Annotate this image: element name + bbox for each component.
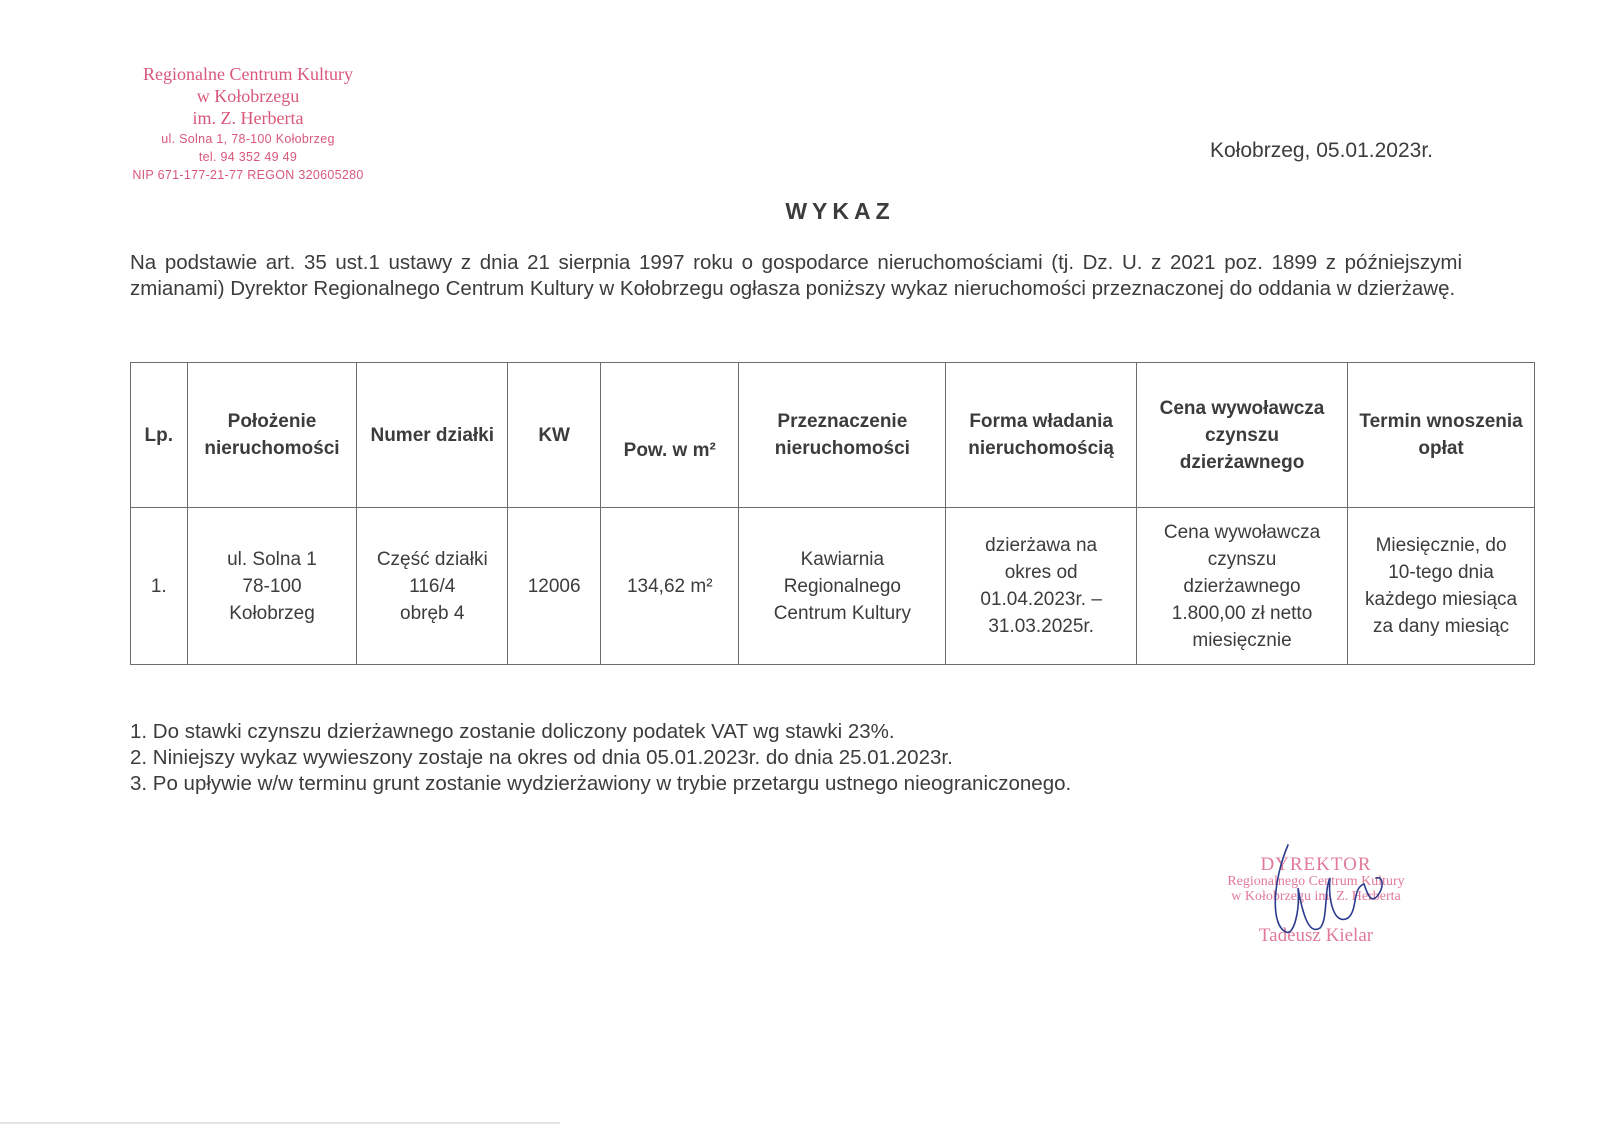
header-purpose: Przeznaczenie nieruchomości [739, 363, 946, 508]
table-header-row: Lp. Położenie nieruchomości Numer działk… [131, 363, 1535, 508]
cell-purpose: KawiarniaRegionalnegoCentrum Kultury [739, 508, 946, 665]
header-tenure: Forma władania nieruchomością [946, 363, 1137, 508]
intro-paragraph: Na podstawie art. 35 ust.1 ustawy z dnia… [130, 250, 1462, 302]
stamp-phone: tel. 94 352 49 49 [108, 148, 388, 166]
stamp-address: ul. Solna 1, 78-100 Kołobrzeg [108, 130, 388, 148]
header-payment: Termin wnoszenia opłat [1348, 363, 1535, 508]
note-item: 1. Do stawki czynszu dzierżawnego zostan… [130, 719, 1071, 745]
stamp-ids: NIP 671-177-21-77 REGON 320605280 [108, 166, 388, 184]
note-item: 3. Po upływie w/w terminu grunt zostanie… [130, 771, 1071, 797]
cell-lp: 1. [131, 508, 188, 665]
header-kw: KW [508, 363, 601, 508]
institution-stamp: Regionalne Centrum Kultury w Kołobrzegu … [108, 64, 388, 184]
stamp-line-1: Regionalne Centrum Kultury [108, 64, 388, 86]
cell-payment: Miesięcznie, do10-tego dniakażdego miesi… [1348, 508, 1535, 665]
scan-edge-line [0, 1122, 560, 1124]
header-plot: Numer działki [357, 363, 508, 508]
place-date: Kołobrzeg, 05.01.2023r. [1210, 139, 1433, 163]
notes-list: 1. Do stawki czynszu dzierżawnego zostan… [130, 719, 1071, 797]
header-lp: Lp. [131, 363, 188, 508]
property-table: Lp. Położenie nieruchomości Numer działk… [130, 362, 1535, 665]
cell-area: 134,62 m² [601, 508, 739, 665]
stamp-line-3: im. Z. Herberta [108, 108, 388, 130]
cell-location: ul. Solna 178-100Kołobrzeg [187, 508, 357, 665]
document-title: WYKAZ [0, 198, 1600, 225]
stamp-line-2: w Kołobrzegu [108, 86, 388, 108]
cell-kw: 12006 [508, 508, 601, 665]
header-location: Położenie nieruchomości [187, 363, 357, 508]
note-item: 2. Niniejszy wykaz wywieszony zostaje na… [130, 745, 1071, 771]
cell-plot: Część działki116/4obręb 4 [357, 508, 508, 665]
header-price: Cena wywoławcza czynszu dzierżawnego [1136, 363, 1347, 508]
table-row: 1. ul. Solna 178-100Kołobrzeg Część dzia… [131, 508, 1535, 665]
cell-price: Cena wywoławczaczynszudzierżawnego1.800,… [1136, 508, 1347, 665]
header-area: Pow. w m² [601, 363, 739, 508]
handwritten-signature-icon [1268, 840, 1418, 950]
cell-tenure: dzierżawa naokres od01.04.2023r. –31.03.… [946, 508, 1137, 665]
